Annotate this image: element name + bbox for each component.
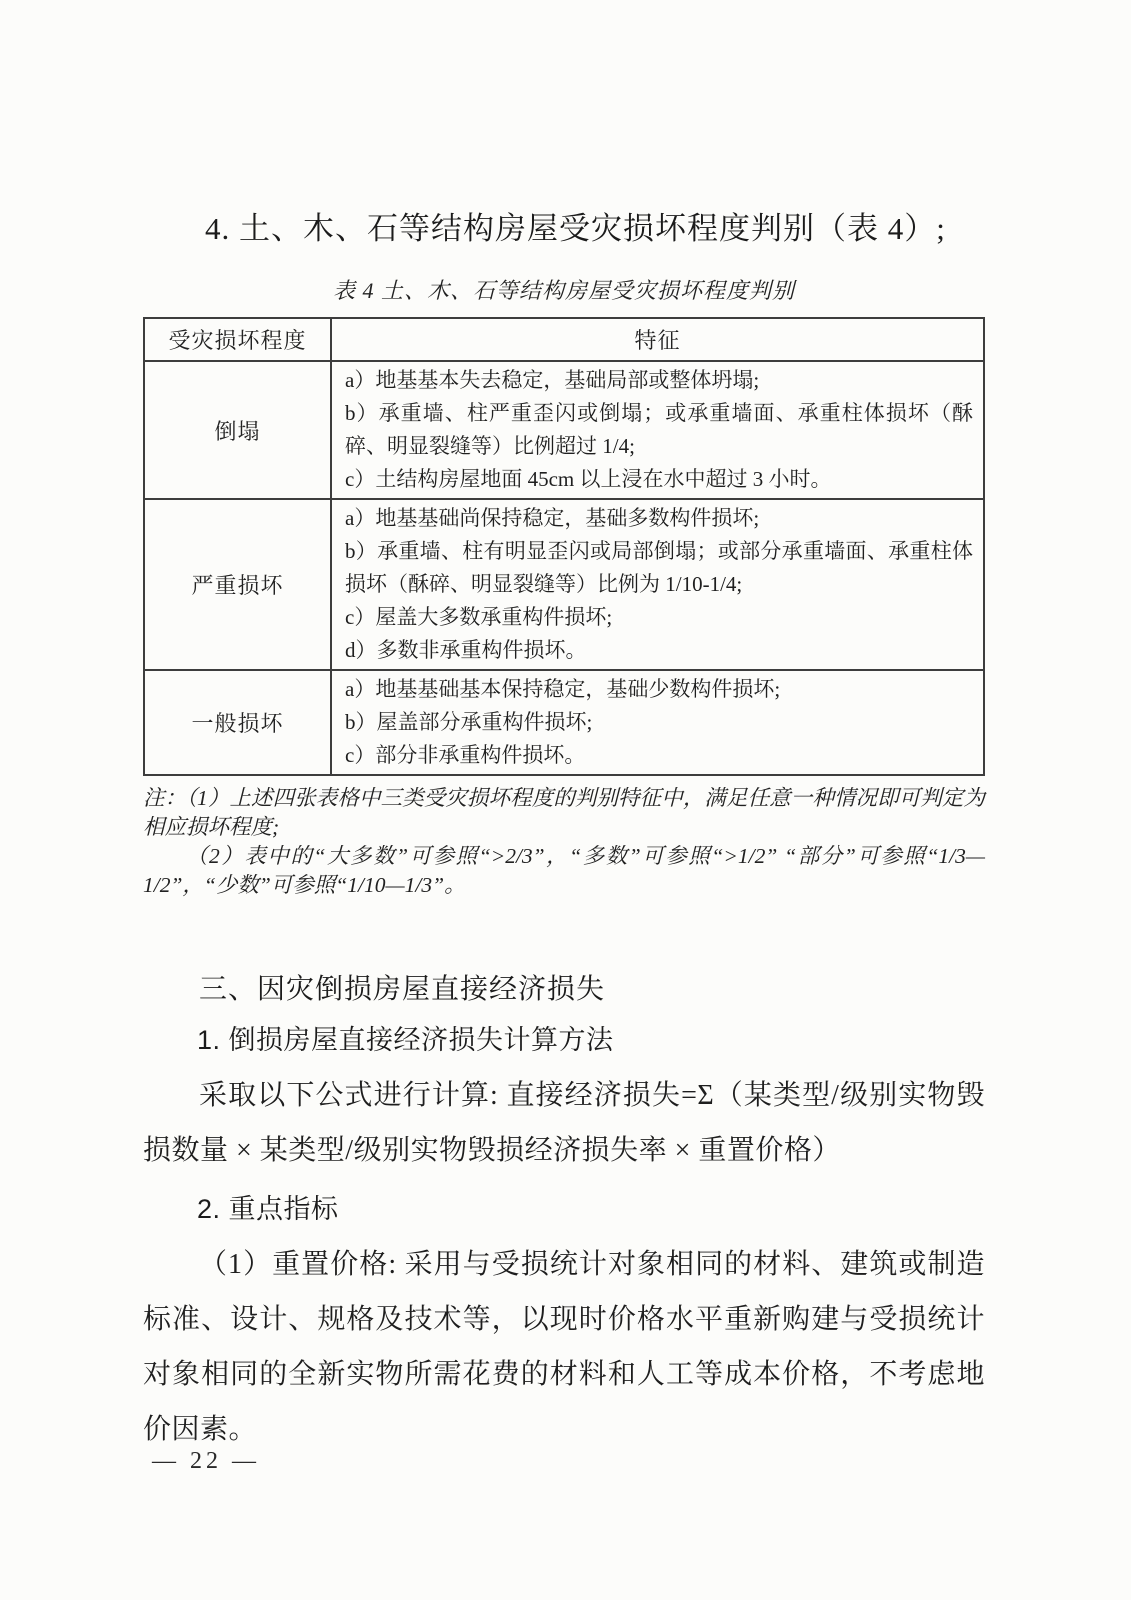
formula-paragraph: 采取以下公式进行计算: 直接经济损失=Σ（某类型/级别实物毁损数量 × 某类型/…: [143, 1068, 985, 1178]
table-row-severe-damage: 严重损坏 a）地基基础尚保持稳定，基础多数构件损坏; b）承重墙、柱有明显歪闪或…: [144, 499, 984, 670]
note-line-1: 注：（1）上述四张表格中三类受灾损坏程度的判别特征中，满足任意一种情况即可判定为…: [143, 784, 985, 842]
page-number: — 22 —: [152, 1448, 260, 1475]
damage-level-label: 严重损坏: [144, 499, 331, 670]
damage-features-cell: a）地基基本失去稳定，基础局部或整体坍塌; b）承重墙、柱严重歪闪或倒塌；或承重…: [331, 361, 984, 499]
feature-line: c）屋盖大多数承重构件损坏;: [345, 601, 973, 634]
feature-line: a）地基基础尚保持稳定，基础多数构件损坏;: [345, 502, 973, 535]
indicator1-paragraph: （1）重置价格: 采用与受损统计对象相同的材料、建筑或制造标准、设计、规格及技术…: [143, 1237, 985, 1457]
feature-line: b）承重墙、柱有明显歪闪或局部倒塌；或部分承重墙面、承重柱体损坏（酥碎、明显裂缝…: [345, 535, 973, 601]
col-header-damage-degree: 受灾损坏程度: [144, 318, 331, 361]
table-row-general-damage: 一般损坏 a）地基基础基本保持稳定，基础少数构件损坏; b）屋盖部分承重构件损坏…: [144, 670, 984, 775]
damage-level-label: 一般损坏: [144, 670, 331, 775]
table-row-collapse: 倒塌 a）地基基本失去稳定，基础局部或整体坍塌; b）承重墙、柱严重歪闪或倒塌；…: [144, 361, 984, 499]
subheading-method: 1. 倒损房屋直接经济损失计算方法: [143, 1020, 985, 1060]
feature-line: a）地基基本失去稳定，基础局部或整体坍塌;: [345, 364, 973, 397]
table-header-row: 受灾损坏程度 特征: [144, 318, 984, 361]
feature-line: c）部分非承重构件损坏。: [345, 739, 973, 772]
damage-features-cell: a）地基基础尚保持稳定，基础多数构件损坏; b）承重墙、柱有明显歪闪或局部倒塌；…: [331, 499, 984, 670]
feature-line: a）地基基础基本保持稳定，基础少数构件损坏;: [345, 673, 973, 706]
table-caption: 表 4 土、木、石等结构房屋受灾损坏程度判别: [143, 274, 985, 305]
section-heading-4: 4. 土、木、石等结构房屋受灾损坏程度判别（表 4）;: [143, 203, 985, 248]
feature-line: b）承重墙、柱严重歪闪或倒塌；或承重墙面、承重柱体损坏（酥碎、明显裂缝等）比例超…: [345, 397, 973, 463]
part-heading-3: 三、因灾倒损房屋直接经济损失: [143, 969, 985, 1009]
feature-line: b）屋盖部分承重构件损坏;: [345, 706, 973, 739]
col-header-feature: 特征: [331, 318, 984, 361]
note-line-2: （2）表中的“大多数”可参照“>2/3”，“多数”可参照“>1/2” “部分”可…: [143, 842, 985, 900]
damage-level-label: 倒塌: [144, 361, 331, 499]
subheading-indicators: 2. 重点指标: [143, 1189, 985, 1229]
damage-degree-table: 受灾损坏程度 特征 倒塌 a）地基基本失去稳定，基础局部或整体坍塌; b）承重墙…: [143, 317, 985, 776]
feature-line: c）土结构房屋地面 45cm 以上浸在水中超过 3 小时。: [345, 463, 973, 496]
damage-features-cell: a）地基基础基本保持稳定，基础少数构件损坏; b）屋盖部分承重构件损坏; c）部…: [331, 670, 984, 775]
document-page: 4. 土、木、石等结构房屋受灾损坏程度判别（表 4）; 表 4 土、木、石等结构…: [0, 0, 1131, 1600]
table-notes: 注：（1）上述四张表格中三类受灾损坏程度的判别特征中，满足任意一种情况即可判定为…: [143, 784, 985, 900]
feature-line: d）多数非承重构件损坏。: [345, 634, 973, 667]
